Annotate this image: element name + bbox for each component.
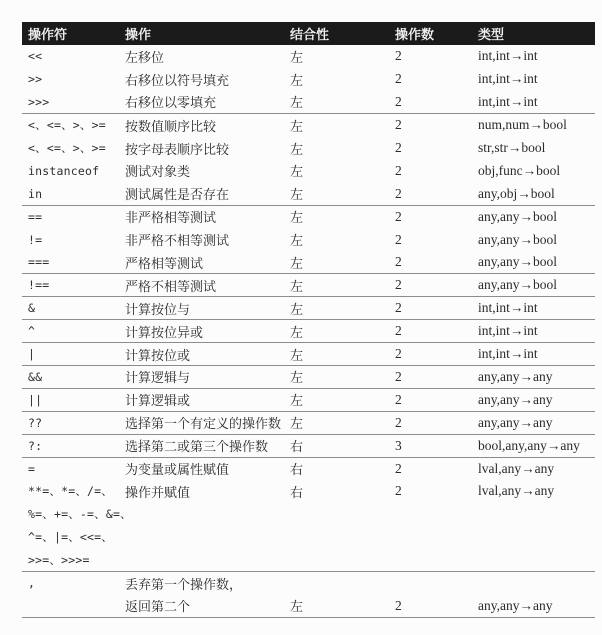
cell-operands: 2	[389, 205, 472, 228]
cell-operation: 计算逻辑与	[119, 365, 284, 388]
cell-types: any,any→bool	[472, 205, 595, 228]
cell-operands: 2	[389, 45, 472, 68]
cell-types: int,int→int	[472, 297, 595, 320]
cell-types	[472, 549, 595, 572]
cell-operator: <、<=、>、>=	[22, 137, 119, 160]
column-header-types: 类型	[472, 22, 595, 45]
cell-types: int,int→int	[472, 91, 595, 114]
cell-operator: ==	[22, 205, 119, 228]
cell-types: str,str→bool	[472, 137, 595, 160]
cell-operands	[389, 549, 472, 572]
cell-operator: <<	[22, 45, 119, 68]
table-row: ==非严格相等测试左2any,any→bool	[22, 205, 595, 228]
cell-operands	[389, 571, 472, 594]
cell-operands: 2	[389, 594, 472, 617]
cell-operation: 严格相等测试	[119, 251, 284, 274]
table-row: %=、+=、-=、&=、	[22, 503, 595, 526]
scanned-page: 操作符 操作 结合性 操作数 类型 <<左移位左2int,int→int>>右移…	[0, 0, 602, 635]
table-row: <、<=、>、>=按字母表顺序比较左2str,str→bool	[22, 137, 595, 160]
cell-operator: =	[22, 457, 119, 480]
column-header-operation: 操作	[119, 22, 284, 45]
cell-operands: 2	[389, 320, 472, 343]
cell-associativity: 左	[284, 411, 389, 434]
cell-operator: !==	[22, 274, 119, 297]
cell-operands: 2	[389, 91, 472, 114]
cell-operands	[389, 503, 472, 526]
cell-associativity	[284, 503, 389, 526]
cell-associativity: 左	[284, 343, 389, 366]
cell-associativity: 左	[284, 182, 389, 205]
cell-operation: 选择第一个有定义的操作数	[119, 411, 284, 434]
table-row: in测试属性是否存在左2any,obj→bool	[22, 182, 595, 205]
table-row: ??选择第一个有定义的操作数左2any,any→any	[22, 411, 595, 434]
cell-associativity: 左	[284, 365, 389, 388]
cell-operator: ,	[22, 571, 119, 594]
table-header: 操作符 操作 结合性 操作数 类型	[22, 22, 595, 45]
table-row: &计算按位与左2int,int→int	[22, 297, 595, 320]
cell-types: int,int→int	[472, 45, 595, 68]
cell-operator: ??	[22, 411, 119, 434]
cell-operator: <、<=、>、>=	[22, 114, 119, 137]
cell-associativity: 左	[284, 251, 389, 274]
column-header-associativity: 结合性	[284, 22, 389, 45]
cell-associativity: 左	[284, 68, 389, 91]
table-row: <<左移位左2int,int→int	[22, 45, 595, 68]
cell-operator: ===	[22, 251, 119, 274]
table-row: ^=、|=、<<=、	[22, 526, 595, 549]
column-header-operands: 操作数	[389, 22, 472, 45]
cell-operands: 2	[389, 297, 472, 320]
cell-types: lval,any→any	[472, 457, 595, 480]
cell-operator: in	[22, 182, 119, 205]
cell-types	[472, 571, 595, 594]
cell-associativity: 右	[284, 480, 389, 503]
cell-operands: 2	[389, 457, 472, 480]
table-header-row: 操作符 操作 结合性 操作数 类型	[22, 22, 595, 45]
cell-operator: >>	[22, 68, 119, 91]
cell-operator: |	[22, 343, 119, 366]
cell-associativity: 左	[284, 137, 389, 160]
table-row: !=非严格不相等测试左2any,any→bool	[22, 228, 595, 251]
table-row: <、<=、>、>=按数值顺序比较左2num,num→bool	[22, 114, 595, 137]
cell-types: any,any→any	[472, 365, 595, 388]
cell-operator: >>>	[22, 91, 119, 114]
cell-operation: 按字母表顺序比较	[119, 137, 284, 160]
cell-associativity: 左	[284, 274, 389, 297]
cell-associativity: 左	[284, 114, 389, 137]
cell-associativity: 左	[284, 594, 389, 617]
cell-associativity	[284, 526, 389, 549]
cell-associativity: 左	[284, 205, 389, 228]
cell-operands: 2	[389, 159, 472, 182]
cell-operator: instanceof	[22, 159, 119, 182]
cell-operation: 测试对象类	[119, 159, 284, 182]
cell-operator: &	[22, 297, 119, 320]
cell-types: bool,any,any→any	[472, 434, 595, 457]
cell-associativity: 左	[284, 320, 389, 343]
cell-operands	[389, 526, 472, 549]
cell-operands: 2	[389, 251, 472, 274]
cell-operation: 右移位以零填充	[119, 91, 284, 114]
cell-operation: 计算按位与	[119, 297, 284, 320]
cell-associativity: 左	[284, 91, 389, 114]
cell-operation: 右移位以符号填充	[119, 68, 284, 91]
cell-operation: 操作并赋值	[119, 480, 284, 503]
cell-operation	[119, 526, 284, 549]
cell-types: lval,any→any	[472, 480, 595, 503]
cell-operands: 2	[389, 274, 472, 297]
table-row: 返回第二个左2any,any→any	[22, 594, 595, 617]
cell-operands: 2	[389, 480, 472, 503]
cell-operands: 2	[389, 68, 472, 91]
cell-associativity: 左	[284, 159, 389, 182]
cell-operands: 2	[389, 343, 472, 366]
cell-operation: 计算按位或	[119, 343, 284, 366]
cell-operator: %=、+=、-=、&=、	[22, 503, 119, 526]
cell-operation: 计算逻辑或	[119, 388, 284, 411]
cell-types: any,any→any	[472, 411, 595, 434]
cell-types: any,any→bool	[472, 228, 595, 251]
column-header-operator: 操作符	[22, 22, 119, 45]
cell-associativity: 左	[284, 228, 389, 251]
table-row: ===严格相等测试左2any,any→bool	[22, 251, 595, 274]
cell-types: int,int→int	[472, 68, 595, 91]
cell-types: num,num→bool	[472, 114, 595, 137]
cell-operands: 2	[389, 137, 472, 160]
cell-associativity	[284, 571, 389, 594]
table-row: instanceof测试对象类左2obj,func→bool	[22, 159, 595, 182]
cell-associativity: 左	[284, 45, 389, 68]
cell-operation: 按数值顺序比较	[119, 114, 284, 137]
table-row: >>>右移位以零填充左2int,int→int	[22, 91, 595, 114]
cell-operation: 计算按位异或	[119, 320, 284, 343]
table-row: &&计算逻辑与左2any,any→any	[22, 365, 595, 388]
cell-types: any,any→any	[472, 594, 595, 617]
cell-operation: 为变量或属性赋值	[119, 457, 284, 480]
cell-types: any,any→bool	[472, 251, 595, 274]
cell-operation: 测试属性是否存在	[119, 182, 284, 205]
cell-types: any,obj→bool	[472, 182, 595, 205]
cell-operation: 返回第二个	[119, 594, 284, 617]
operators-table: 操作符 操作 结合性 操作数 类型 <<左移位左2int,int→int>>右移…	[22, 22, 595, 618]
cell-operator: &&	[22, 365, 119, 388]
table-row: **=、*=、/=、操作并赋值右2lval,any→any	[22, 480, 595, 503]
cell-operator: ?:	[22, 434, 119, 457]
cell-operation	[119, 549, 284, 572]
table-row: !==严格不相等测试左2any,any→bool	[22, 274, 595, 297]
cell-operands: 2	[389, 228, 472, 251]
cell-operands: 2	[389, 182, 472, 205]
cell-types: int,int→int	[472, 343, 595, 366]
cell-operator: >>=、>>>=	[22, 549, 119, 572]
cell-types	[472, 526, 595, 549]
cell-operands: 2	[389, 114, 472, 137]
cell-operator	[22, 594, 119, 617]
table-body: <<左移位左2int,int→int>>右移位以符号填充左2int,int→in…	[22, 45, 595, 617]
cell-operation: 丢弃第一个操作数，	[119, 571, 284, 594]
cell-operation: 非严格相等测试	[119, 205, 284, 228]
cell-operands: 2	[389, 388, 472, 411]
cell-operands: 2	[389, 365, 472, 388]
table-row: ||计算逻辑或左2any,any→any	[22, 388, 595, 411]
cell-operation: 非严格不相等测试	[119, 228, 284, 251]
cell-operation: 左移位	[119, 45, 284, 68]
table-row: >>=、>>>=	[22, 549, 595, 572]
table-row: >>右移位以符号填充左2int,int→int	[22, 68, 595, 91]
table-row: ?:选择第二或第三个操作数右3bool,any,any→any	[22, 434, 595, 457]
cell-operation: 严格不相等测试	[119, 274, 284, 297]
cell-types: any,any→bool	[472, 274, 595, 297]
cell-operator: ||	[22, 388, 119, 411]
cell-operator: !=	[22, 228, 119, 251]
cell-types: any,any→any	[472, 388, 595, 411]
cell-associativity: 左	[284, 388, 389, 411]
table-row: |计算按位或左2int,int→int	[22, 343, 595, 366]
cell-associativity	[284, 549, 389, 572]
cell-operands: 3	[389, 434, 472, 457]
cell-operation: 选择第二或第三个操作数	[119, 434, 284, 457]
cell-types: int,int→int	[472, 320, 595, 343]
table-row: ,丢弃第一个操作数，	[22, 571, 595, 594]
cell-operands: 2	[389, 411, 472, 434]
cell-associativity: 右	[284, 434, 389, 457]
cell-operation	[119, 503, 284, 526]
cell-types: obj,func→bool	[472, 159, 595, 182]
table-row: =为变量或属性赋值右2lval,any→any	[22, 457, 595, 480]
cell-operator: **=、*=、/=、	[22, 480, 119, 503]
cell-operator: ^=、|=、<<=、	[22, 526, 119, 549]
cell-associativity: 右	[284, 457, 389, 480]
table-row: ^计算按位异或左2int,int→int	[22, 320, 595, 343]
cell-operator: ^	[22, 320, 119, 343]
cell-associativity: 左	[284, 297, 389, 320]
cell-types	[472, 503, 595, 526]
